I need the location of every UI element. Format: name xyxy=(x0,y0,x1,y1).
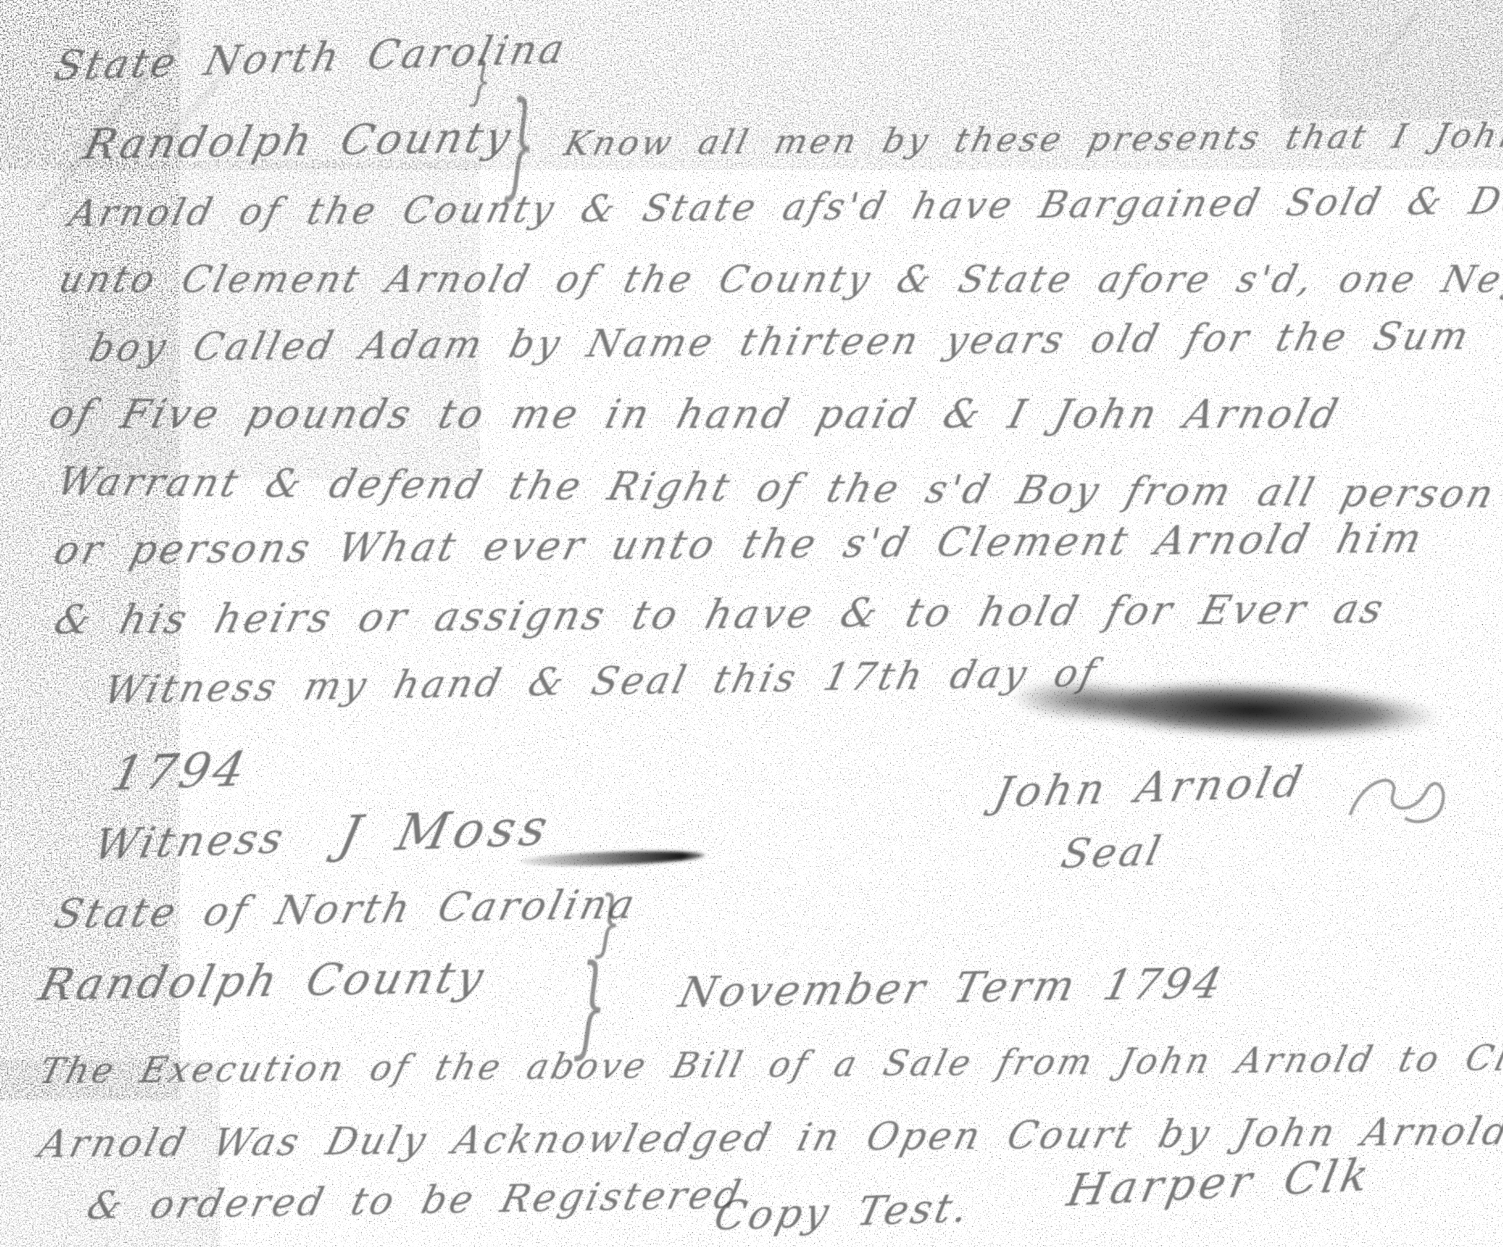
cert-county-line: Randolph County xyxy=(34,952,491,1011)
deed-county-line: Randolph County xyxy=(79,113,518,169)
copy-test-label: Copy Test. xyxy=(710,1185,975,1240)
deed-year: 1794 xyxy=(106,741,253,802)
scanned-manuscript-page: State North Carolina } Randolph County }… xyxy=(0,0,1503,1247)
deed-body-line: of Five pounds to me in hand paid & I Jo… xyxy=(44,392,1345,438)
seal-text: Seal xyxy=(1057,829,1167,878)
witness-label: Witness xyxy=(90,813,291,869)
signature-flourish-icon xyxy=(1345,770,1455,830)
deed-body-line: Know all men by these presents that I Jo… xyxy=(560,116,1503,164)
ink-smudge xyxy=(1084,667,1486,753)
witness-signature: J Moss xyxy=(334,799,558,864)
deed-body-line: unto Clement Arnold of the County & Stat… xyxy=(55,258,1503,301)
deed-state-brace: } xyxy=(468,52,494,112)
cert-term-line: November Term 1794 xyxy=(674,959,1229,1017)
